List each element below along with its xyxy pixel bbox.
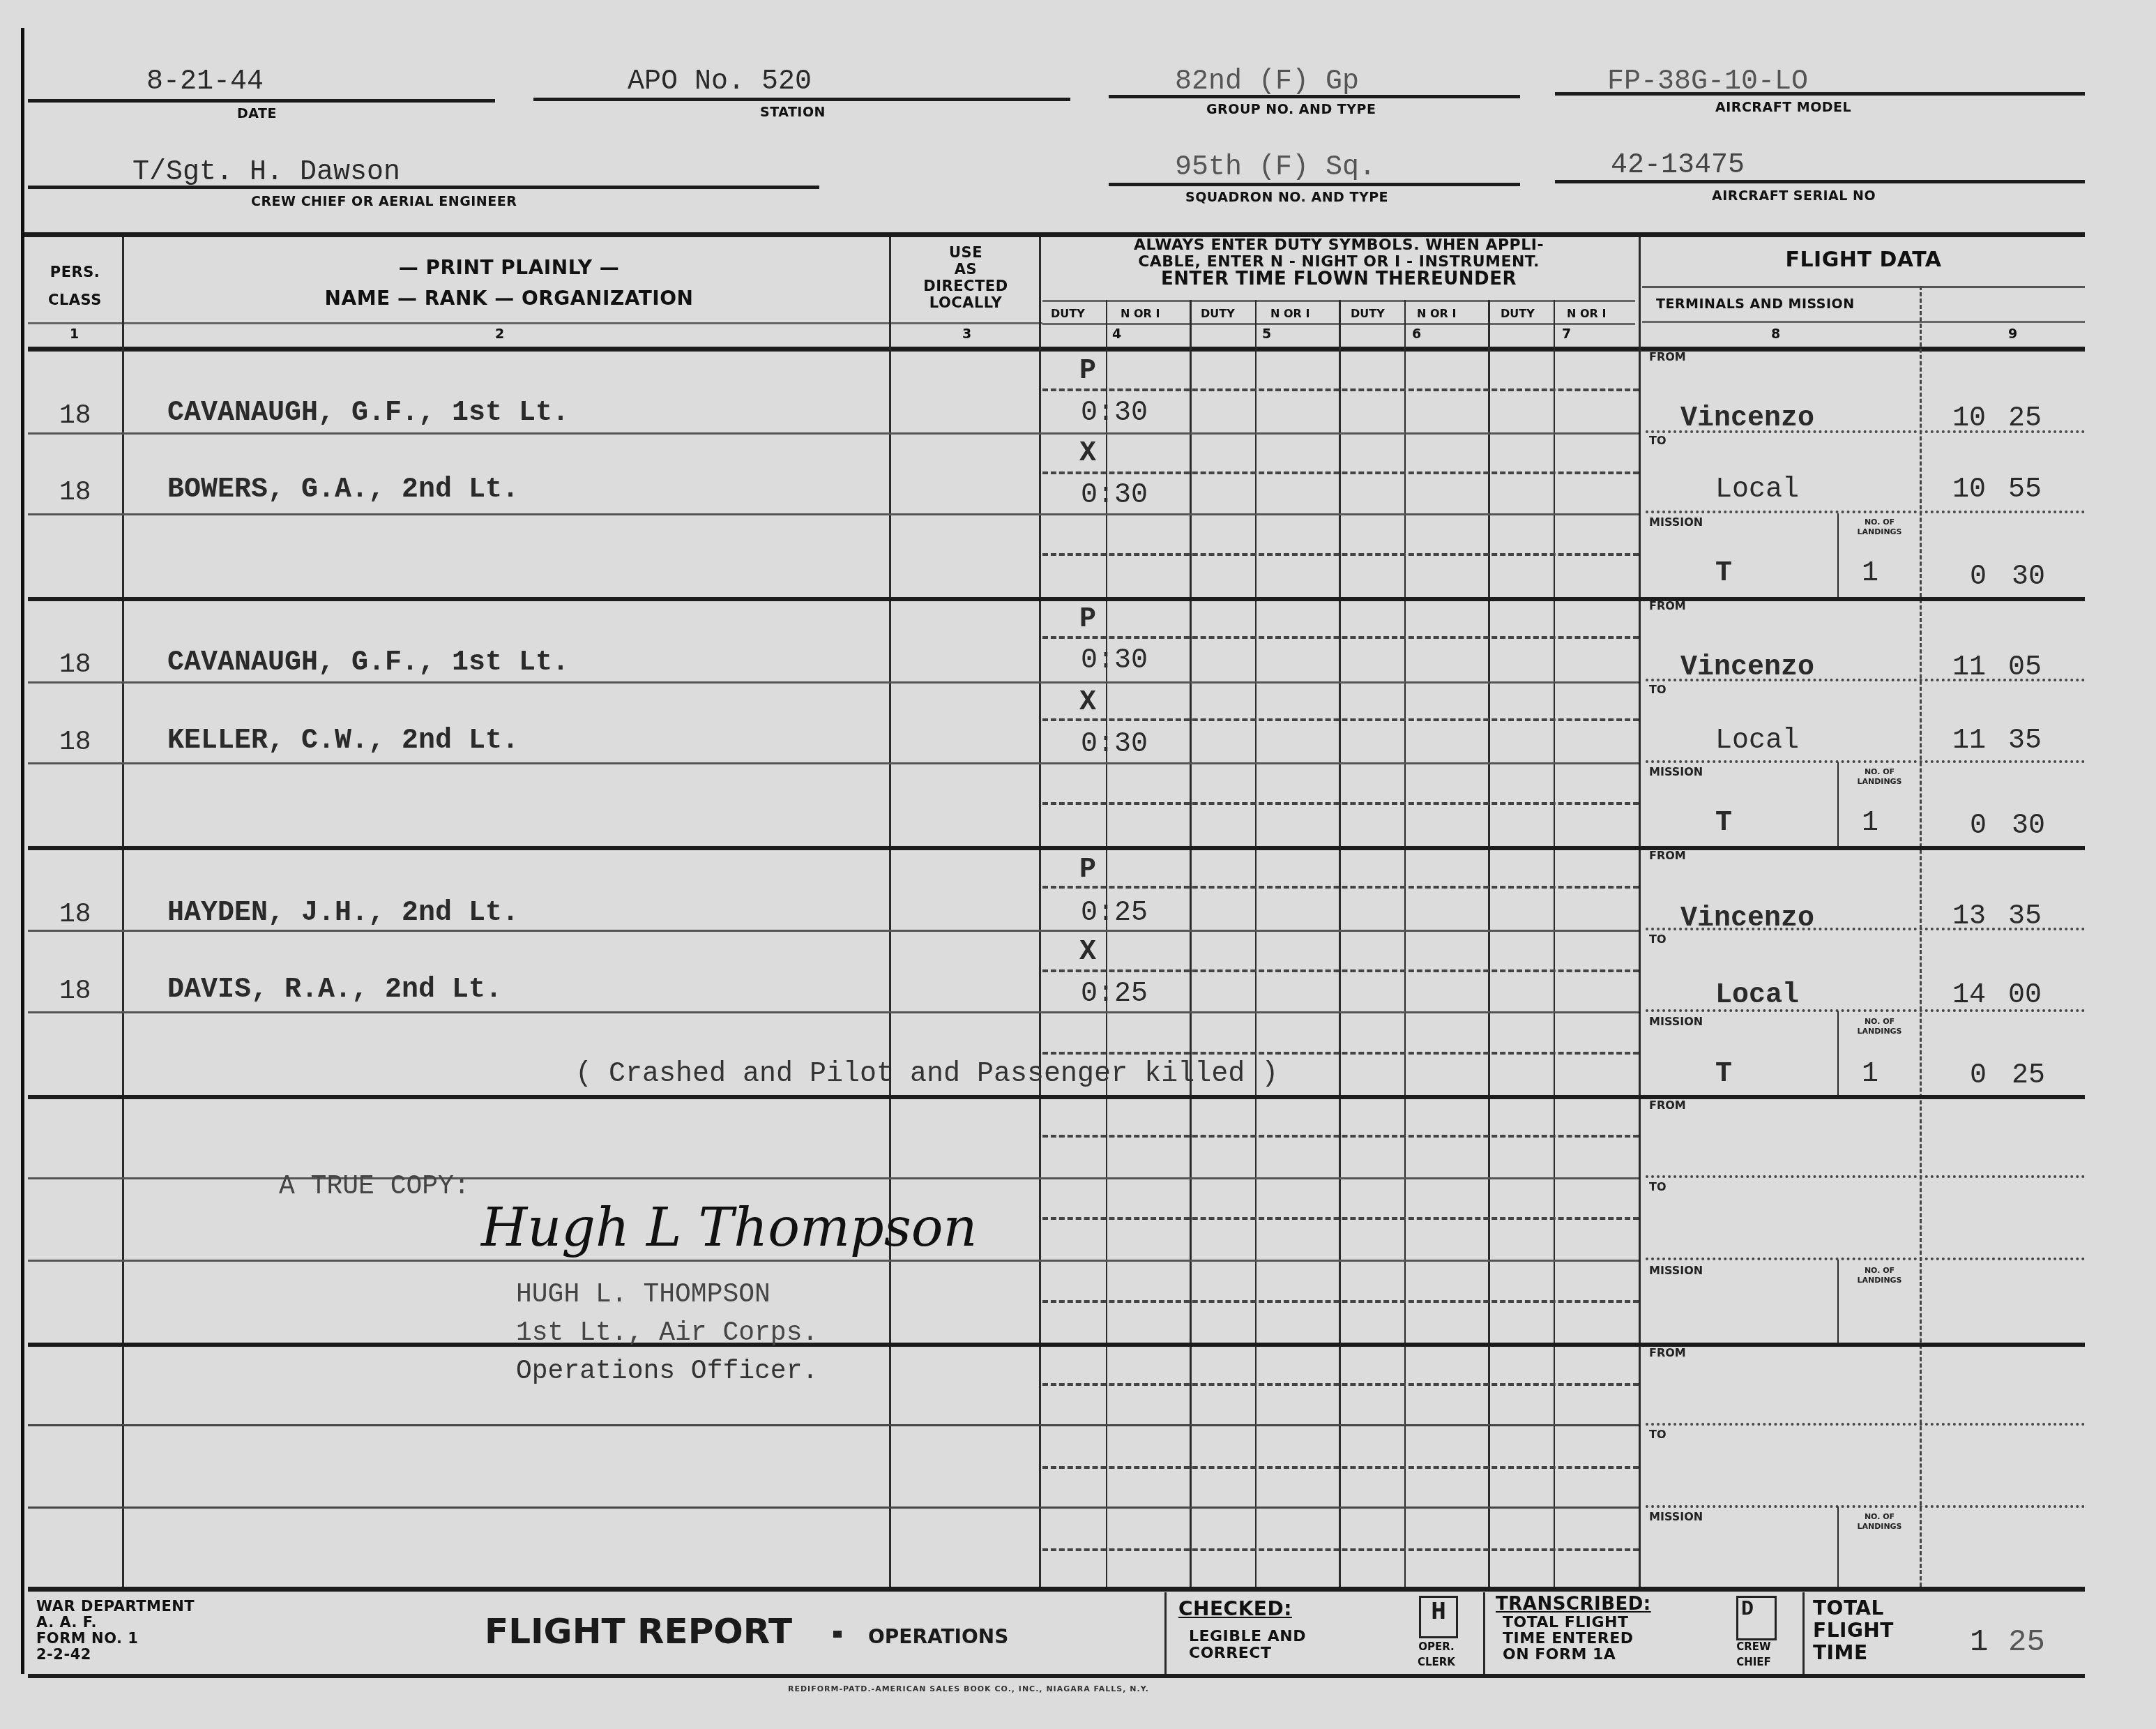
from-time-hour: 10: [1952, 403, 1986, 435]
col-num-2: 2: [495, 326, 505, 342]
transcribed-detail: TOTAL FLIGHT TIME ENTERED ON FORM 1A: [1503, 1615, 1633, 1663]
group-label: GROUP NO. AND TYPE: [1206, 102, 1376, 117]
duration-hour: 0: [1970, 561, 1987, 593]
duty-time: 0:25: [1081, 979, 1148, 1010]
col-num-8: 8: [1771, 326, 1781, 342]
crash-remark: ( Crashed and Pilot and Passenger killed…: [575, 1059, 1278, 1090]
from-time-min: 25: [2008, 403, 2042, 435]
to-time-hour: 10: [1952, 474, 1986, 506]
landings-count: 1: [1862, 1059, 1878, 1090]
form-subtitle: OPERATIONS: [868, 1625, 1008, 1648]
crew-name: HAYDEN, J.H., 2nd Lt.: [167, 898, 519, 929]
landings-label: NO. OF LANDINGS: [1839, 518, 1920, 537]
flight-data-header: FLIGHT DATA: [1642, 248, 2085, 272]
crew-chief-initial: D: [1738, 1598, 1775, 1622]
officer-name: HUGH L. THOMPSON: [516, 1280, 770, 1310]
oper-clerk-label: OPER. CLERK: [1405, 1639, 1468, 1670]
mission-label: MISSION: [1649, 518, 1703, 527]
crew-class: 18: [59, 900, 91, 930]
duty-symbol: P: [1079, 356, 1096, 387]
mission-label: MISSION: [1649, 767, 1703, 777]
from-time-hour: 13: [1952, 901, 1986, 933]
duty-symbol: X: [1079, 438, 1096, 469]
duty-symbol: X: [1079, 687, 1096, 718]
landings-count: 1: [1862, 558, 1878, 589]
from-terminal: Vincenzo: [1680, 403, 1814, 435]
to-time-hour: 11: [1952, 725, 1986, 757]
landings-label: NO. OF LANDINGS: [1839, 1512, 1920, 1532]
aircraft-model-label: AIRCRAFT MODEL: [1715, 100, 1851, 115]
duty-sub-5: DUTY: [1201, 307, 1235, 320]
crew-name: CAVANAUGH, G.F., 1st Lt.: [167, 398, 569, 429]
form-title: FLIGHT REPORT: [485, 1611, 792, 1652]
printer-imprint: REDIFORM-PATD.-AMERICAN SALES BOOK CO., …: [788, 1684, 1149, 1693]
col-duty-header: ALWAYS ENTER DUTY SYMBOLS. WHEN APPLI- C…: [1042, 237, 1635, 287]
col-num-5: 5: [1262, 326, 1272, 342]
total-flight-hours: 1: [1970, 1625, 1988, 1660]
duty-symbol: X: [1079, 937, 1096, 968]
duty-time: 0:30: [1081, 480, 1148, 511]
from-label: FROM: [1649, 851, 1686, 861]
nori-sub-6: N OR I: [1417, 307, 1456, 320]
from-time-min: 35: [2008, 901, 2042, 933]
aircraft-serial-label: AIRCRAFT SERIAL NO: [1712, 188, 1876, 204]
transcribed-label: TRANSCRIBED:: [1496, 1594, 1651, 1615]
mission-code: T: [1715, 808, 1732, 839]
to-label: TO: [1649, 436, 1667, 446]
duty-time: 0:30: [1081, 729, 1148, 760]
duty-symbol: P: [1079, 604, 1096, 635]
crew-class: 18: [59, 401, 91, 431]
crew-name: BOWERS, G.A., 2nd Lt.: [167, 474, 519, 506]
total-flight-minutes: 25: [2008, 1625, 2045, 1660]
to-terminal: Local: [1715, 725, 1799, 757]
landings-label: NO. OF LANDINGS: [1839, 767, 1920, 787]
crew-chief-footer-label: CREW CHIEF: [1722, 1639, 1785, 1670]
form-left-border: [21, 28, 24, 1674]
col-num-4: 4: [1112, 326, 1122, 342]
duration-hour: 0: [1970, 810, 1987, 842]
col-num-3: 3: [962, 326, 972, 342]
landings-label: NO. OF LANDINGS: [1839, 1017, 1920, 1036]
mission-label: MISSION: [1649, 1266, 1703, 1276]
mission-code: T: [1715, 558, 1732, 589]
col-local-header: USE AS DIRECTED LOCALLY: [893, 244, 1039, 311]
form-title-separator: [833, 1631, 842, 1638]
from-terminal: Vincenzo: [1680, 903, 1814, 935]
duty-symbol: P: [1079, 854, 1096, 886]
to-label: TO: [1649, 1430, 1667, 1440]
officer-rank: 1st Lt., Air Corps.: [516, 1318, 818, 1348]
oper-clerk-initial: H: [1421, 1598, 1456, 1626]
col-num-1: 1: [70, 326, 79, 342]
department-block: WAR DEPARTMENT A. A. F. FORM NO. 1 2-2-4…: [36, 1599, 195, 1663]
crew-name: CAVANAUGH, G.F., 1st Lt.: [167, 647, 569, 679]
oper-clerk-initial-box[interactable]: H: [1419, 1596, 1458, 1638]
duration-min: 30: [2012, 810, 2045, 842]
date-value: 8-21-44: [146, 66, 264, 98]
crew-class: 18: [59, 976, 91, 1006]
to-label: TO: [1649, 1182, 1667, 1192]
col-name-header: — PRINT PLAINLY — NAME — RANK — ORGANIZA…: [126, 252, 893, 314]
landings-label: NO. OF LANDINGS: [1839, 1266, 1920, 1285]
header-bottom-border: [28, 347, 2085, 352]
group-value: 82nd (F) Gp: [1175, 66, 1359, 98]
from-label: FROM: [1649, 352, 1686, 362]
from-time-min: 05: [2008, 652, 2042, 684]
to-label: TO: [1649, 685, 1667, 695]
to-label: TO: [1649, 935, 1667, 944]
duration-min: 25: [2012, 1060, 2045, 1092]
to-time-min: 35: [2008, 725, 2042, 757]
duty-time: 0:30: [1081, 398, 1148, 429]
legible-label: LEGIBLE AND CORRECT: [1189, 1629, 1306, 1662]
true-copy-label: A TRUE COPY:: [279, 1172, 470, 1202]
crew-name: DAVIS, R.A., 2nd Lt.: [167, 974, 502, 1006]
squadron-label: SQUADRON NO. AND TYPE: [1185, 190, 1388, 205]
signature: Hugh L Thompson: [481, 1196, 977, 1258]
checked-label: CHECKED:: [1178, 1597, 1292, 1620]
nori-sub-7: N OR I: [1567, 307, 1606, 320]
col-pers-class-header: PERS. CLASS: [28, 258, 122, 314]
terminals-header: TERMINALS AND MISSION: [1656, 296, 1855, 312]
crew-chief-label: CREW CHIEF OR AERIAL ENGINEER: [251, 194, 517, 209]
mission-label: MISSION: [1649, 1512, 1703, 1522]
aircraft-serial-value: 42-13475: [1611, 150, 1745, 181]
station-label: STATION: [760, 105, 826, 120]
date-label: DATE: [237, 106, 277, 121]
crew-name: KELLER, C.W., 2nd Lt.: [167, 725, 519, 757]
squadron-value: 95th (F) Sq.: [1175, 152, 1376, 183]
to-terminal: Local: [1715, 474, 1799, 506]
col-num-6: 6: [1412, 326, 1422, 342]
from-terminal: Vincenzo: [1680, 652, 1814, 684]
from-label: FROM: [1649, 601, 1686, 611]
duration-min: 30: [2012, 561, 2045, 593]
duty-sub-6: DUTY: [1351, 307, 1385, 320]
duration-hour: 0: [1970, 1060, 1987, 1092]
col-num-7: 7: [1562, 326, 1572, 342]
duty-time: 0:25: [1081, 898, 1148, 929]
mission-code: T: [1715, 1059, 1732, 1090]
to-terminal: Local: [1715, 980, 1799, 1011]
station-value: APO No. 520: [628, 66, 812, 98]
crew-class: 18: [59, 650, 91, 680]
duty-sub-4: DUTY: [1051, 307, 1085, 320]
table-top-border: [24, 232, 2085, 237]
nori-sub-4: N OR I: [1121, 307, 1160, 320]
from-label: FROM: [1649, 1101, 1686, 1110]
duty-time: 0:30: [1081, 645, 1148, 677]
to-time-min: 00: [2008, 980, 2042, 1011]
officer-title: Operations Officer.: [516, 1357, 818, 1387]
from-label: FROM: [1649, 1348, 1686, 1358]
nori-sub-5: N OR I: [1270, 307, 1309, 320]
crew-chief-initial-box[interactable]: D: [1736, 1596, 1777, 1640]
crew-class: 18: [59, 727, 91, 757]
crew-chief-value: T/Sgt. H. Dawson: [132, 157, 400, 188]
to-time-hour: 14: [1952, 980, 1986, 1011]
from-time-hour: 11: [1952, 652, 1986, 684]
duty-sub-7: DUTY: [1501, 307, 1535, 320]
to-time-min: 55: [2008, 474, 2042, 506]
col-num-9: 9: [2008, 326, 2018, 342]
mission-label: MISSION: [1649, 1017, 1703, 1027]
crew-class: 18: [59, 478, 91, 508]
total-flight-time-label: TOTAL FLIGHT TIME: [1813, 1597, 1894, 1664]
landings-count: 1: [1862, 808, 1878, 839]
